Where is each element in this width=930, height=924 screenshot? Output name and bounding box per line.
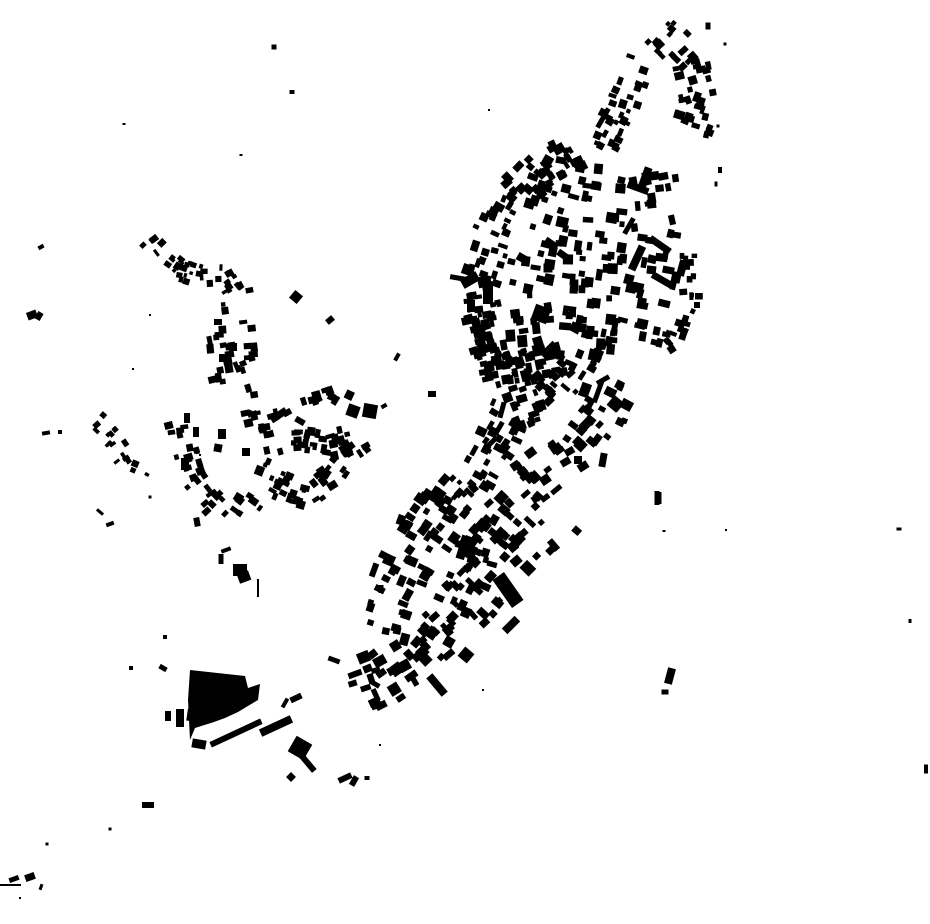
- building-footprint: [483, 282, 493, 304]
- building-footprint: [186, 443, 194, 452]
- building-footprint: [258, 426, 264, 432]
- building-footprint: [517, 335, 528, 348]
- building-footprint: [257, 579, 259, 597]
- building-footprint: [591, 181, 602, 190]
- building-footprint: [165, 711, 171, 721]
- building-footprint: [221, 302, 226, 307]
- building-footprint: [672, 174, 679, 183]
- building-footprint: [532, 322, 541, 334]
- building-footprint: [524, 367, 532, 374]
- building-footprint: [294, 429, 303, 434]
- building-footprint: [655, 253, 668, 262]
- building-footprint: [467, 300, 475, 312]
- building-footprint: [544, 264, 553, 273]
- building-footprint: [210, 683, 239, 708]
- building-footprint: [663, 530, 666, 532]
- building-footprint: [568, 229, 578, 237]
- building-footprint: [630, 282, 638, 290]
- building-footprint: [586, 298, 595, 308]
- building-footprint: [693, 64, 698, 70]
- building-footprint: [605, 314, 616, 326]
- building-footprint: [594, 163, 604, 174]
- building-footprint: [586, 333, 592, 339]
- building-footprint: [690, 293, 694, 297]
- building-footprint: [617, 256, 624, 265]
- building-footprint: [595, 230, 605, 238]
- building-footprint: [365, 776, 370, 780]
- building-footprint: [297, 441, 306, 448]
- building-footprint: [215, 276, 221, 282]
- building-footprint: [574, 456, 582, 464]
- building-footprint: [897, 528, 902, 531]
- building-footprint: [132, 368, 134, 370]
- building-footprint: [379, 585, 384, 593]
- building-footprint: [514, 378, 519, 384]
- building-footprint: [229, 343, 237, 351]
- building-footprint: [291, 440, 296, 445]
- building-footprint: [581, 278, 590, 287]
- building-footprint: [662, 690, 669, 695]
- building-footprint: [163, 635, 167, 639]
- building-footprint: [428, 391, 436, 397]
- building-footprint: [495, 360, 506, 370]
- building-footprint: [478, 325, 486, 334]
- building-footprint: [687, 276, 693, 283]
- building-footprint: [515, 319, 523, 326]
- building-footprint: [527, 291, 533, 298]
- building-footprint: [219, 354, 227, 362]
- building-footprint: [655, 184, 664, 192]
- building-footprint-map: [0, 0, 930, 924]
- building-footprint: [142, 802, 154, 808]
- building-footprint: [725, 529, 727, 531]
- building-footprint: [615, 183, 626, 194]
- building-footprint: [200, 269, 207, 274]
- building-footprint: [176, 709, 184, 727]
- building-footprint: [606, 295, 612, 301]
- building-footprint: [718, 167, 722, 173]
- building-footprint: [242, 448, 250, 456]
- building-footprint: [199, 454, 201, 456]
- building-footprint: [310, 442, 315, 447]
- building-footprint: [19, 897, 21, 899]
- building-footprint: [46, 843, 49, 846]
- building-footprint: [488, 109, 490, 111]
- building-footprint: [181, 458, 189, 470]
- building-footprint: [109, 828, 112, 831]
- building-footprint: [603, 264, 611, 273]
- building-footprint: [219, 264, 222, 271]
- building-footprint: [694, 302, 700, 308]
- building-footprint: [583, 217, 594, 223]
- building-footprint: [176, 427, 184, 433]
- building-footprint: [290, 90, 295, 94]
- building-footprint: [577, 316, 587, 323]
- building-footprint: [362, 403, 378, 419]
- building-footprint: [692, 254, 698, 258]
- building-footprint: [679, 288, 687, 295]
- building-footprint: [219, 554, 224, 564]
- building-footprint: [244, 343, 252, 350]
- building-footprint: [709, 89, 717, 97]
- building-footprint: [240, 154, 243, 156]
- building-footprint: [505, 329, 515, 342]
- building-footprint: [213, 443, 222, 452]
- building-footprint: [379, 744, 381, 746]
- building-footprint: [123, 123, 126, 125]
- building-footprint: [250, 391, 258, 399]
- building-footprint: [635, 201, 641, 211]
- building-footprint: [213, 334, 219, 340]
- building-footprint: [272, 45, 277, 50]
- building-footprint: [149, 496, 152, 499]
- building-footprint: [129, 666, 133, 670]
- building-footprint: [393, 626, 402, 635]
- building-footprint: [610, 330, 616, 336]
- building-footprint: [566, 312, 573, 320]
- building-footprint: [599, 237, 608, 244]
- building-footprint: [715, 182, 718, 187]
- building-footprint: [207, 280, 214, 287]
- building-footprint: [474, 305, 483, 313]
- building-footprint: [218, 429, 226, 439]
- building-footprint: [221, 306, 229, 314]
- building-footprint: [695, 293, 703, 299]
- building-footprint: [193, 427, 199, 437]
- building-footprint: [578, 270, 585, 277]
- building-footprint: [706, 23, 711, 30]
- building-footprint: [724, 43, 727, 46]
- building-footprint: [507, 375, 514, 385]
- building-footprint: [610, 286, 620, 296]
- building-footprint: [247, 324, 256, 332]
- building-footprint: [586, 242, 592, 251]
- building-footprint: [58, 430, 62, 434]
- building-footprint: [576, 250, 582, 255]
- building-footprint: [206, 344, 214, 354]
- building-footprint: [214, 319, 222, 325]
- building-footprint: [184, 413, 190, 423]
- building-footprint: [619, 221, 625, 227]
- building-footprint: [924, 765, 928, 774]
- building-footprint: [616, 242, 627, 254]
- building-footprint: [220, 342, 227, 348]
- building-footprint: [614, 213, 620, 222]
- building-footprint: [579, 256, 586, 262]
- building-footprint: [224, 363, 233, 373]
- building-footprint: [601, 254, 611, 261]
- building-footprint: [301, 488, 306, 493]
- building-footprint: [149, 314, 151, 316]
- building-footprint: [482, 689, 484, 691]
- building-footprint: [637, 234, 648, 242]
- building-footprint: [592, 330, 599, 337]
- building-footprint: [655, 491, 660, 505]
- building-footprint: [0, 884, 21, 886]
- building-footprint: [717, 125, 720, 128]
- building-footprint: [382, 627, 391, 635]
- building-footprint: [909, 619, 912, 623]
